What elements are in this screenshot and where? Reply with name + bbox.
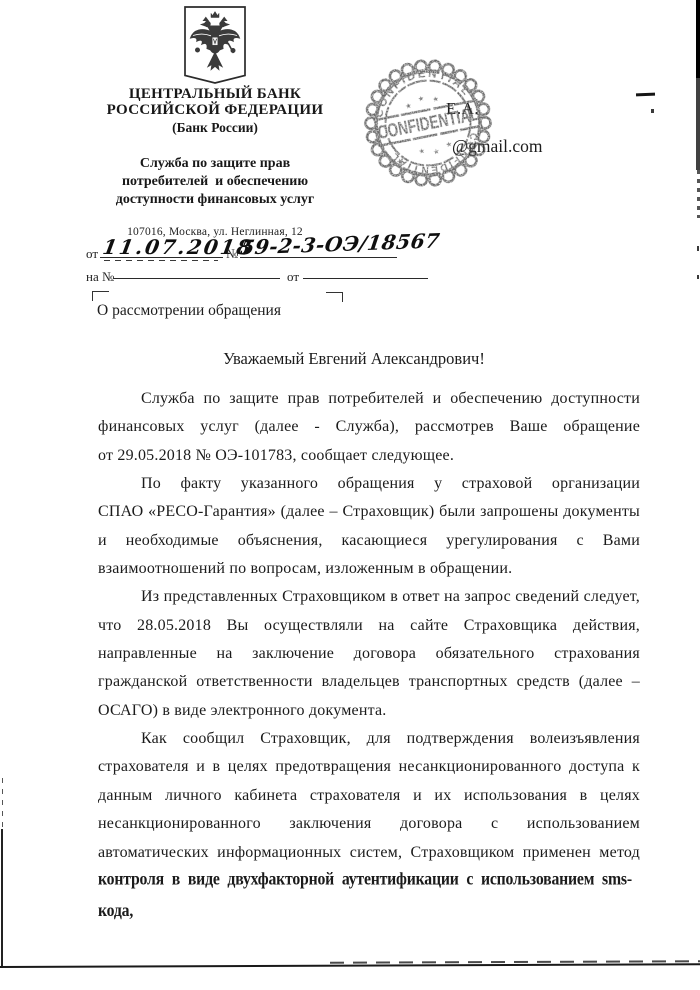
scan-edge-left-dashes [2, 778, 4, 828]
bank-name-line1: ЦЕНТРАЛЬНЫЙ БАНК [65, 87, 365, 103]
scan-speck [697, 275, 699, 279]
svg-text:★: ★ [418, 147, 426, 156]
scanned-letter-page: ЦЕНТРАЛЬНЫЙ БАНК РОССИЙСКОЙ ФЕДЕРАЦИИ (Б… [0, 0, 700, 990]
scan-edge-bottom [0, 963, 700, 968]
scan-speck [651, 109, 654, 113]
reply-number-label: на № [86, 269, 114, 285]
subject-line: О рассмотрении обращения [97, 302, 281, 320]
salutation: Уважаемый Евгений Александрович! [98, 345, 640, 373]
addressee-corner-left [92, 291, 109, 301]
body-line: финансовых услуг (далее - Служба), рассм… [98, 413, 640, 441]
reply-date-underline [303, 278, 428, 279]
number-underline [240, 257, 397, 258]
number-label: № [226, 246, 238, 262]
addressee-corner-right [326, 292, 343, 302]
svg-text:★: ★ [473, 108, 484, 121]
letterhead: ЦЕНТРАЛЬНЫЙ БАНК РОССИЙСКОЙ ФЕДЕРАЦИИ (Б… [65, 87, 365, 238]
bank-name-line2: РОССИЙСКОЙ ФЕДЕРАЦИИ [65, 103, 365, 119]
body-line: гражданской ответственности владельцев т… [98, 668, 640, 696]
body-line: и необходимые объяснения, касающиеся уре… [98, 527, 640, 555]
date-underline-dashes [104, 260, 218, 261]
scan-edge-bottom-dashes [330, 960, 700, 963]
body-line: СПАО «РЕСО-Гарантия» (далее – Страховщик… [98, 498, 640, 526]
svg-text:★: ★ [432, 95, 440, 104]
department-line2: потребителей и обеспечению [65, 173, 365, 191]
body-paragraphs: Служба по защите прав потребителей и обе… [98, 385, 640, 895]
body-line: Служба по защите прав потребителей и обе… [98, 385, 640, 413]
body-line: Из представленных Страховщиком в ответ н… [98, 583, 640, 611]
confidential-stamp-icon: CONFIDENTIAL CONFIDENTIAL CONFIDENTIAL ★… [362, 57, 494, 189]
scan-edge-right [696, 0, 700, 170]
body-line: направленные на заключение договора обяз… [98, 640, 640, 668]
svg-text:★: ★ [417, 94, 425, 103]
body-line: Как сообщил Страховщик, для подтверждени… [98, 725, 640, 753]
body-line: что 28.05.2018 Вы осуществляли на сайте … [98, 612, 640, 640]
department-line3: доступности финансовых услуг [65, 191, 365, 209]
from-label: от [86, 246, 98, 262]
body-line: контроля в виде двухфакторной аутентифик… [98, 864, 632, 896]
department-line1: Служба по защите прав [65, 155, 365, 173]
body-line: страхователя и в целях предотвращения не… [98, 753, 640, 781]
body-line: По факту указанного обращения у страхово… [98, 470, 640, 498]
scan-edge-left [1, 829, 3, 968]
body-line: несанкционированного заключения договора… [98, 810, 640, 838]
svg-text:★: ★ [432, 147, 440, 156]
body-line: от 29.05.2018 № ОЭ-101783, сообщает след… [98, 442, 640, 470]
svg-text:★: ★ [445, 140, 453, 149]
coat-of-arms-icon [184, 6, 246, 84]
body-line: данным личного кабинета страхователя и и… [98, 782, 640, 810]
letter-body: Уважаемый Евгений Александрович! Служба … [98, 345, 640, 895]
reply-from-label: от [287, 269, 299, 285]
svg-text:★: ★ [404, 102, 412, 111]
body-line: взаимоотношений по вопросам, изложенным … [98, 555, 640, 583]
pen-dash-mark [636, 93, 655, 96]
body-line: автоматических информационных систем, Ст… [98, 839, 640, 867]
bank-name-line3: (Банк России) [65, 120, 365, 135]
body-line: ОСАГО) в виде электронного документа. [98, 697, 640, 725]
department-name: Служба по защите прав потребителей и обе… [65, 155, 365, 209]
date-underline [100, 257, 223, 258]
scan-speck [697, 246, 699, 251]
reply-number-underline [113, 278, 280, 279]
